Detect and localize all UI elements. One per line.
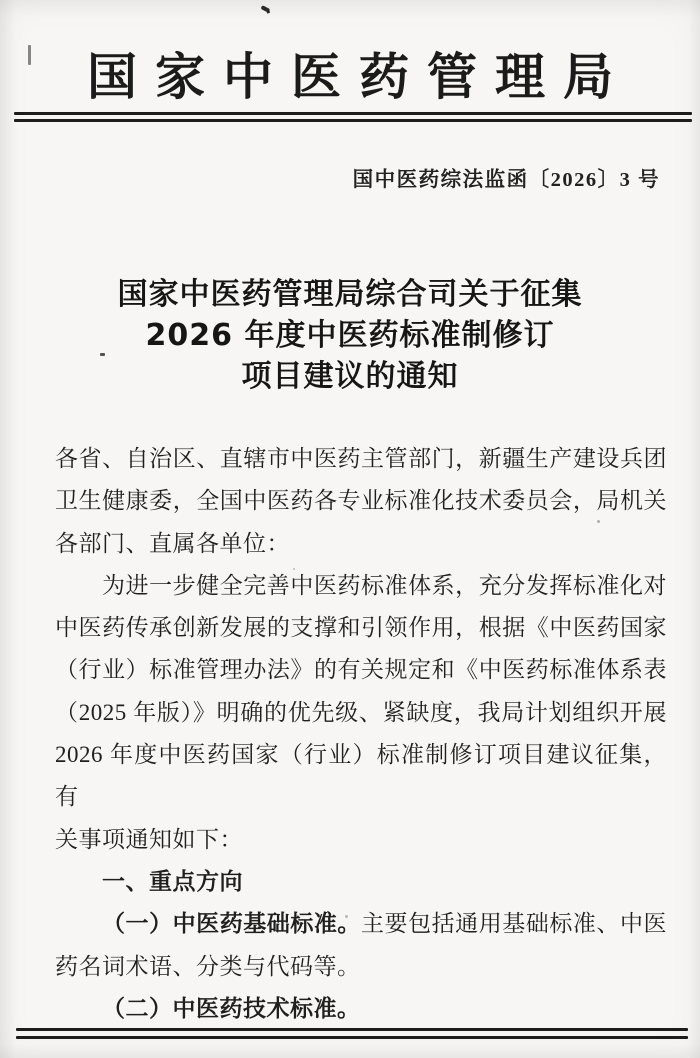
paragraph-line: 为进一步健全完善中医药标准体系，充分发挥标准化对 bbox=[55, 565, 667, 607]
salutation-line: 各省、自治区、直辖市中医药主管部门，新疆生产建设兵团 bbox=[55, 438, 667, 480]
footer-divider-line bbox=[16, 1028, 688, 1031]
paragraph-line: （2025 年版）》明确的优先级、紧缺度，我局计划组织开展 bbox=[55, 692, 667, 734]
section-heading: 一、重点方向 bbox=[55, 861, 667, 903]
scanned-document-page: 国家中医药管理局 国中医药综法监函〔2026〕3 号 国家中医药管理局综合司关于… bbox=[0, 0, 700, 1058]
list-item-line: 药名词术语、分类与代码等。 bbox=[55, 946, 667, 988]
list-item-lead: （二）中医药技术标准。 bbox=[55, 988, 667, 1030]
paragraph-line: （行业）标准管理办法》的有关规定和《中医药标准体系表 bbox=[55, 649, 667, 691]
salutation-line: 卫生健康委，全国中医药各专业标准化技术委员会，局机关 bbox=[55, 480, 667, 522]
list-item-lead: （一）中医药基础标准。 bbox=[102, 911, 361, 937]
paragraph-line: 2026 年度中医药国家（行业）标准制修订项目建议征集，有 bbox=[55, 734, 667, 819]
notice-title-line: 项目建议的通知 bbox=[44, 356, 656, 397]
salutation-line: 各部门、直属各单位： bbox=[55, 523, 667, 565]
masthead-divider-line bbox=[14, 119, 692, 122]
document-number: 国中医药综法监函〔2026〕3 号 bbox=[353, 162, 660, 192]
agency-masthead-title: 国家中医药管理局 bbox=[0, 50, 700, 104]
masthead-divider-line bbox=[14, 112, 692, 115]
footer-divider-line bbox=[16, 1036, 688, 1039]
document-body: 各省、自治区、直辖市中医药主管部门，新疆生产建设兵团 卫生健康委，全国中医药各专… bbox=[55, 438, 667, 1030]
list-item-line: （一）中医药基础标准。主要包括通用基础标准、中医 bbox=[55, 903, 667, 945]
list-item-text: 主要包括通用基础标准、中医 bbox=[361, 911, 667, 936]
paragraph-line: 关事项通知如下： bbox=[55, 819, 667, 861]
paragraph-line: 中医药传承创新发展的支撑和引领作用，根据《中医药国家 bbox=[55, 607, 667, 649]
scan-speck bbox=[261, 5, 271, 12]
notice-title-line: 2026 年度中医药标准制修订 bbox=[44, 315, 656, 356]
notice-title-line: 国家中医药管理局综合司关于征集 bbox=[44, 274, 656, 315]
notice-title: 国家中医药管理局综合司关于征集 2026 年度中医药标准制修订 项目建议的通知 bbox=[44, 274, 656, 397]
